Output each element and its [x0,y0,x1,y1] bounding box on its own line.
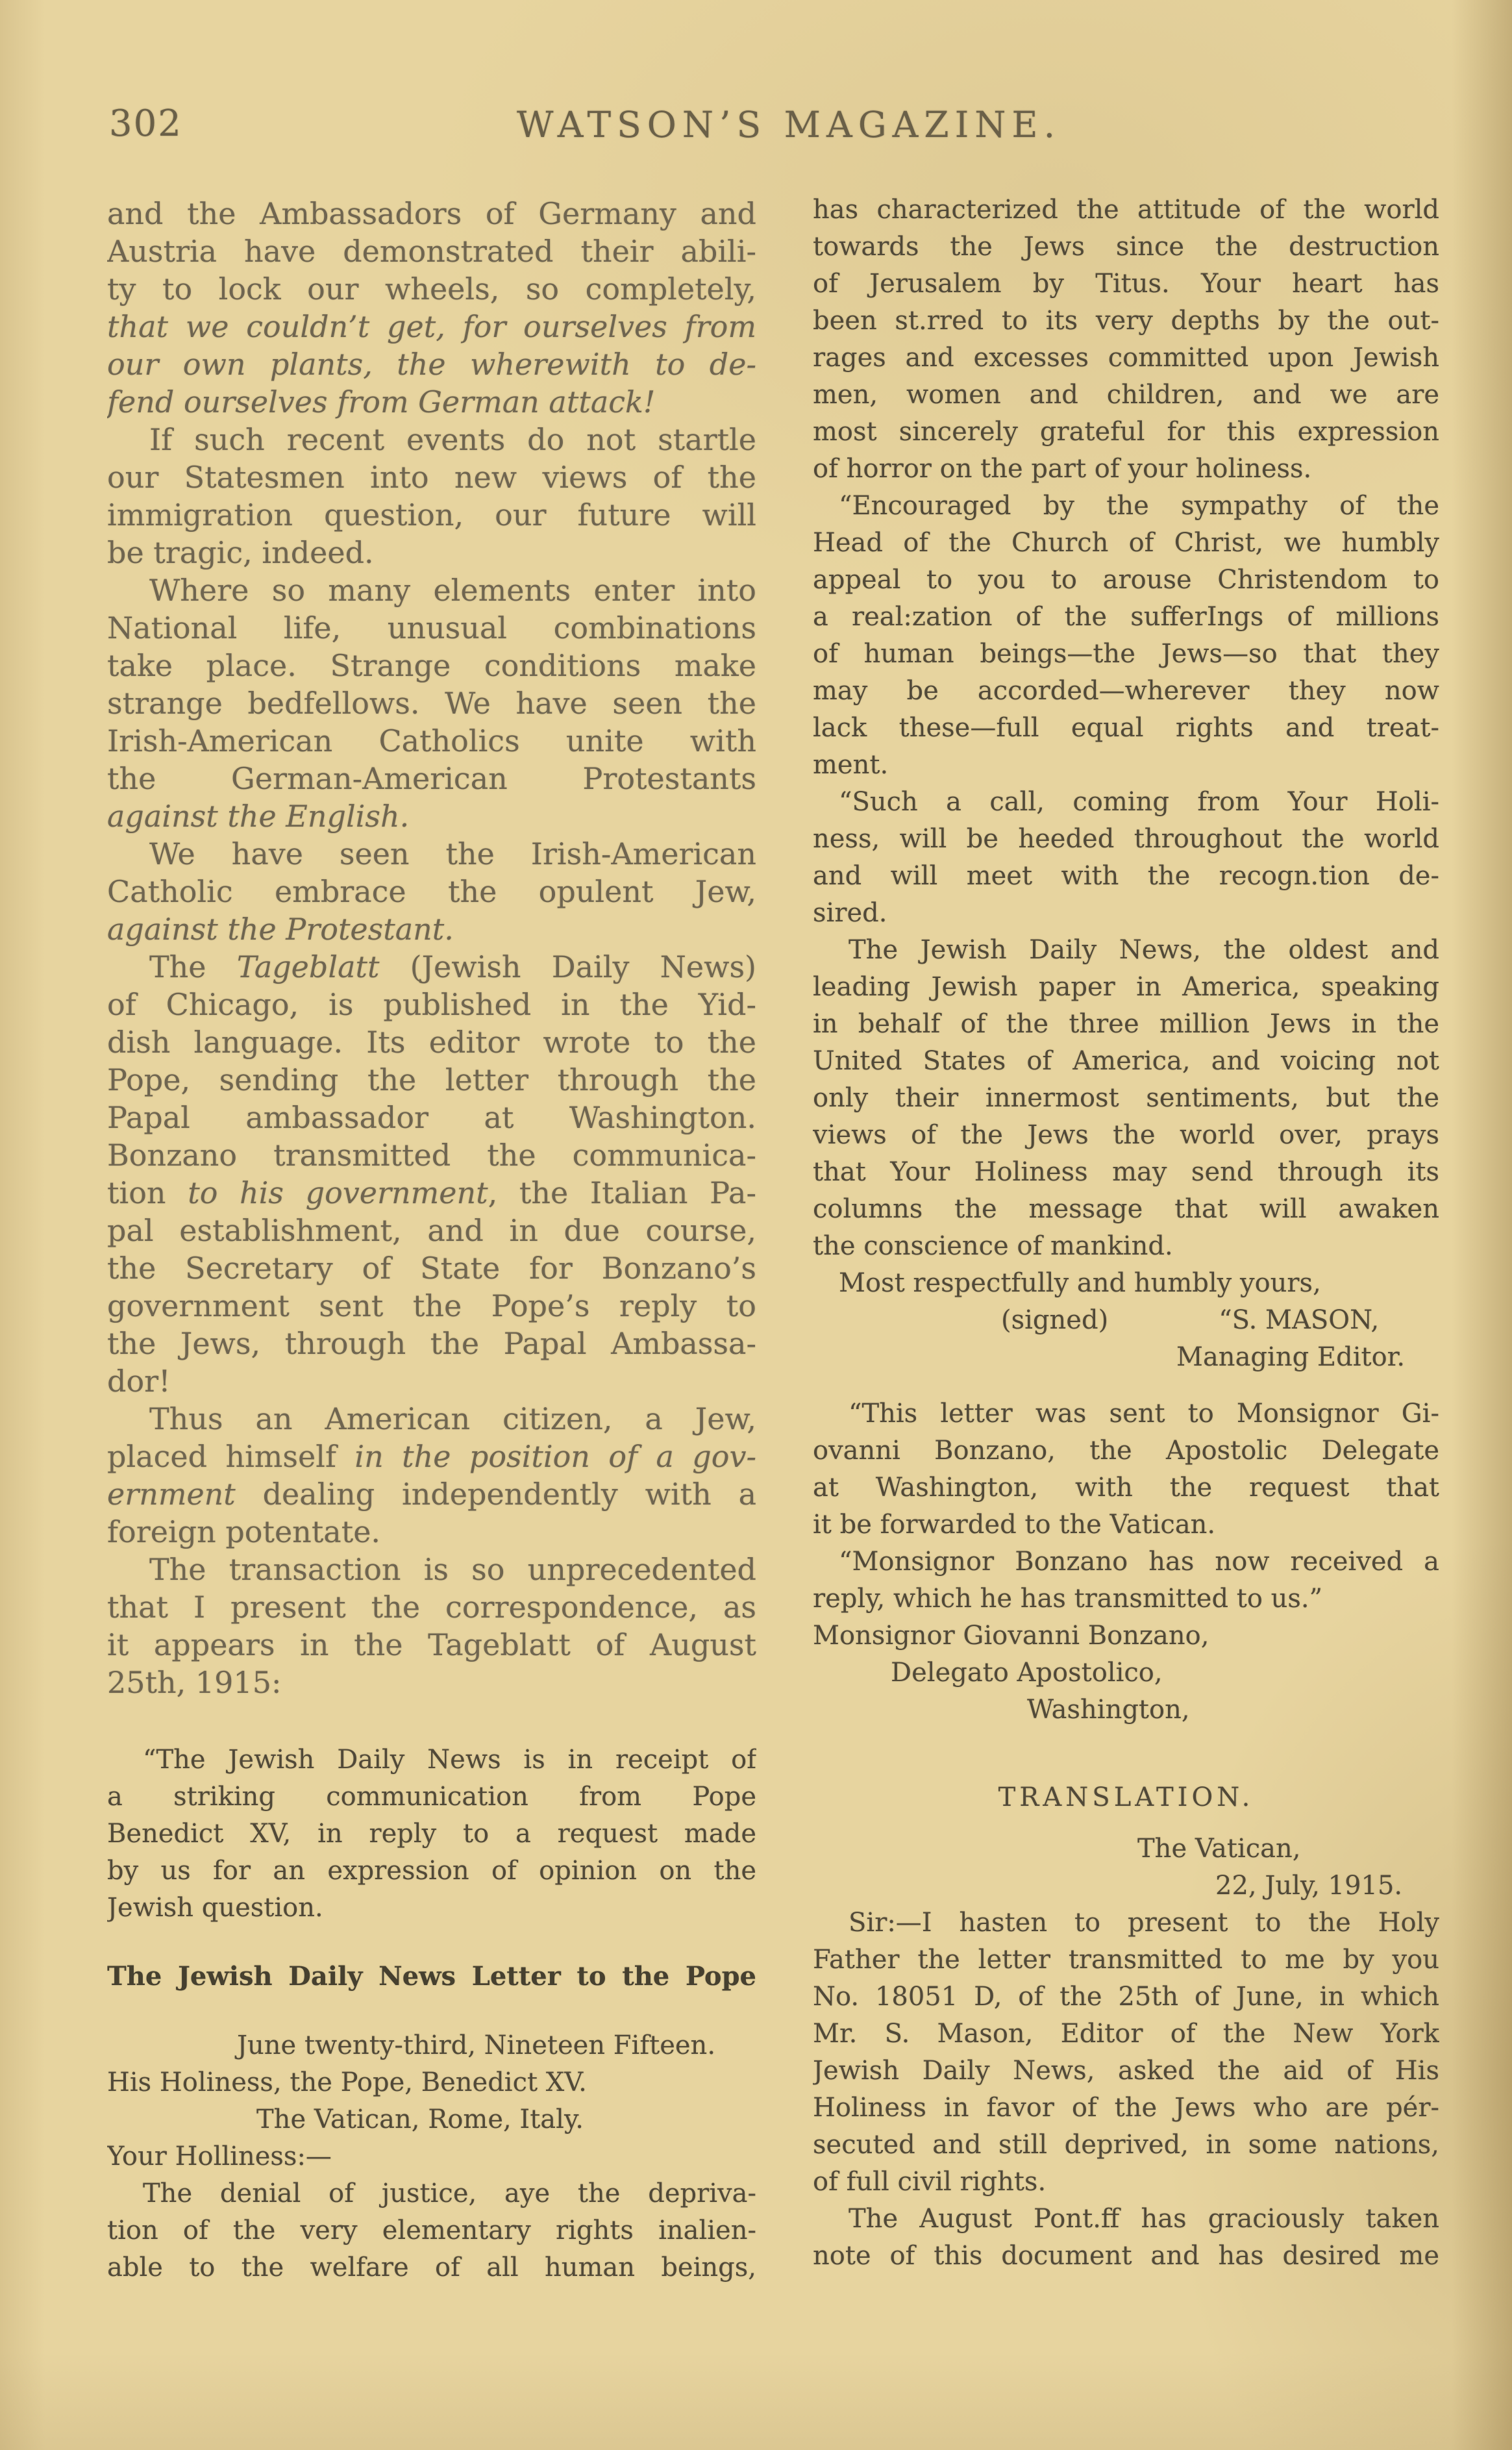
text-segment: Catholic embrace the opulent Jew, [107,874,756,909]
text-segment: has characterized the attitude of the wo… [813,195,1439,225]
text-line: in behalf of the three million Jews in t… [813,1006,1439,1043]
text-line: Benedict XV, in reply to a request made [107,1816,756,1853]
text-line: Delegato Apostolico, [813,1655,1439,1692]
text-line: Holiness in favor of the Jews who are pé… [813,2090,1439,2127]
paragraph-block: TRANSLATION. [813,1779,1439,1816]
text-segment: (signed) [1001,1305,1108,1335]
text-line: fend ourselves from German attack! [107,383,756,421]
text-segment: ment. [813,750,888,780]
text-segment: and will meet with the recogn.tion de- [813,861,1439,891]
text-segment: “S. MASON, [1219,1305,1379,1335]
text-segment: the Jews, through the Papal Ambassa- [107,1326,756,1361]
paragraph-block: Where so many elements enter intoNationa… [107,571,756,835]
magazine-page: 302 WATSON’S MAGAZINE. and the Ambassado… [0,0,1512,2450]
text-segment: Monsignor Giovanni Bonzano, [813,1621,1209,1651]
text-line: Sir:—I hasten to present to the Holy [813,1905,1439,1942]
text-line: and the Ambassadors of Germany and [107,195,756,232]
text-line: appeal to you to arouse Christendom to [813,562,1439,599]
paragraph-block: has characterized the attitude of the wo… [813,192,1439,488]
text-segment: sired. [813,898,887,928]
text-line: The Vatican, [813,1831,1439,1868]
text-line: Irish-American Catholics unite with [107,722,756,760]
paragraph-block: The Jewish Daily News Letter to the Pope [107,1958,756,1995]
text-segment: If such recent events do not startle [149,422,756,457]
text-segment: that Your Holiness may send through its [813,1157,1439,1187]
paragraph-block: “The Jewish Daily News is in receipt ofa… [107,1742,756,1927]
text-segment: His Holiness, the Pope, Benedict XV. [107,2068,587,2097]
text-segment: tion [107,1175,188,1210]
text-line: our Statesmen into new views of the [107,458,756,496]
text-line: that we couldn’t get, for ourselves from [107,308,756,345]
text-segment: Irish-American Catholics unite with [107,723,756,758]
text-line: against the English. [107,797,756,835]
text-line: views of the Jews the world over, prays [813,1117,1439,1154]
paragraph-block: Sir:—I hasten to present to the HolyFath… [813,1905,1439,2201]
text-line: The Tageblatt (Jewish Daily News) [107,948,756,986]
text-line: ty to lock our wheels, so completely, [107,270,756,308]
text-line: the German-American Protestants [107,760,756,797]
text-line: TRANSLATION. [813,1779,1439,1816]
text-segment: against the English. [107,799,409,834]
text-segment: against the Protestant. [107,912,454,947]
text-segment: ty to lock our wheels, so completely, [107,271,756,306]
text-segment: at Washington, with the request that [813,1473,1439,1503]
text-line: The transaction is so unprecedented [107,1551,756,1588]
text-line: tion to his government, the Italian Pa- [107,1174,756,1212]
text-line: that I present the correspondence, as [107,1588,756,1626]
text-segment: The Vatican, [1137,1834,1300,1864]
text-line: No. 18051 D, of the 25th of June, in whi… [813,1979,1439,2016]
text-segment: it appears in the Tageblatt of August [107,1627,756,1662]
text-line: Pope, sending the letter through the [107,1061,756,1099]
text-segment: “Such a call, coming from Your Holi- [839,787,1439,817]
text-segment: towards the Jews since the destruction [813,232,1439,262]
text-segment: of Chicago, is published in the Yid- [107,987,756,1022]
text-segment: The Jewish Daily News, the oldest and [849,935,1439,965]
text-line: be tragic, indeed. [107,534,756,571]
text-segment: it be forwarded to the Vatican. [813,1510,1215,1540]
text-segment: No. 18051 D, of the 25th of June, in whi… [813,1982,1439,2012]
text-line: and will meet with the recogn.tion de- [813,858,1439,895]
text-segment: Your Holliness:— [107,2142,332,2171]
text-line: “Such a call, coming from Your Holi- [813,784,1439,821]
text-line: strange bedfellows. We have seen the [107,684,756,722]
text-line: immigration question, our future will [107,496,756,534]
paragraph-block: The Vatican,22, July, 1915. [813,1831,1439,1905]
paragraph-block: The transaction is so unprecedentedthat … [107,1551,756,1701]
text-line: 22, July, 1915. [813,1868,1439,1905]
text-segment: Bonzano transmitted the communica- [107,1138,756,1173]
text-segment: The August Pont.ff has graciously taken [849,2204,1439,2234]
text-segment: June twenty-third, Nineteen Fifteen. [237,2031,715,2060]
text-line: the Jews, through the Papal Ambassa- [107,1325,756,1362]
text-line: been st.rred to its very depths by the o… [813,303,1439,340]
paragraph-block: The August Pont.ff has graciously takenn… [813,2201,1439,2275]
text-segment: Pope, sending the letter through the [107,1062,756,1097]
text-line: His Holiness, the Pope, Benedict XV. [107,2064,756,2101]
text-line: columns the message that will awaken [813,1191,1439,1228]
text-segment: able to the welfare of all human beings, [107,2253,756,2282]
text-segment: that we couldn’t get, for ourselves from [107,309,756,344]
text-segment: views of the Jews the world over, prays [813,1120,1439,1150]
text-line: towards the Jews since the destruction [813,229,1439,266]
text-line: of Chicago, is published in the Yid- [107,986,756,1023]
text-line: that Your Holiness may send through its [813,1154,1439,1191]
text-segment: “The Jewish Daily News is in receipt of [143,1745,756,1775]
text-segment: (Jewish Daily News) [379,949,756,984]
text-segment: foreign potentate. [107,1514,380,1549]
text-line: The Jewish Daily News, the oldest and [813,932,1439,969]
text-line: it be forwarded to the Vatican. [813,1506,1439,1544]
text-segment: lack these—full equal rights and treat- [813,713,1439,743]
text-segment: immigration question, our future will [107,497,756,532]
text-line: (signed)“S. MASON, [813,1302,1439,1339]
text-line: Your Holliness:— [107,2138,756,2175]
text-segment: ovanni Bonzano, the Apostolic Delegate [813,1436,1439,1466]
text-segment: , the Italian Pa- [488,1175,756,1210]
text-segment: our own plants, the wherewith to de- [107,347,756,382]
text-segment: appeal to you to arouse Christendom to [813,565,1439,595]
text-segment: dealing independently with a [236,1477,756,1512]
text-line: The Vatican, Rome, Italy. [107,2101,756,2138]
text-line: Father the letter transmitted to me by y… [813,1942,1439,1979]
text-segment: Most respectfully and humbly yours, [839,1268,1321,1298]
text-segment: Austria have demonstrated their abili- [107,234,756,269]
text-segment: Washington, [1027,1695,1190,1725]
text-segment: be tragic, indeed. [107,535,374,570]
text-segment: fend ourselves from German attack! [107,384,655,419]
text-segment: Jewish Daily News, asked the aid of His [813,2056,1439,2086]
text-segment: in the position of a gov- [354,1439,756,1474]
text-line: has characterized the attitude of the wo… [813,192,1439,229]
text-line: pal establishment, and in due course, [107,1212,756,1249]
text-line: Mr. S. Mason, Editor of the New York [813,2016,1439,2053]
text-line: only their innermost sentiments, but the [813,1080,1439,1117]
text-line: rages and excesses committed upon Jewish [813,340,1439,377]
text-line: secuted and still deprived, in some nati… [813,2127,1439,2164]
text-line: against the Protestant. [107,910,756,948]
paragraph-block: “Encouraged by the sympathy of theHead o… [813,488,1439,784]
paragraph-block: We have seen the Irish-AmericanCatholic … [107,835,756,948]
text-line: able to the welfare of all human beings, [107,2249,756,2286]
text-line: most sincerely grateful for this express… [813,414,1439,451]
text-line: “Monsignor Bonzano has now received a [813,1544,1439,1581]
text-segment: “Monsignor Bonzano has now received a [839,1547,1439,1577]
text-segment: Managing Editor. [1176,1342,1405,1372]
paragraph-block: and the Ambassadors of Germany andAustri… [107,195,756,421]
text-line: National life, unusual combinations [107,609,756,647]
text-line: of human beings—the Jews—so that they [813,636,1439,673]
text-line: government sent the Pope’s reply to [107,1287,756,1325]
text-line: men, women and children, and we are [813,377,1439,414]
text-segment: placed himself [107,1439,354,1474]
paragraph-block: “Monsignor Bonzano has now received arep… [813,1544,1439,1618]
text-segment: The denial of justice, aye the depriva- [143,2179,756,2208]
left-column: and the Ambassadors of Germany andAustri… [107,195,756,2286]
text-segment: Benedict XV, in reply to a request made [107,1819,756,1849]
text-segment: that I present the correspondence, as [107,1590,756,1625]
paragraph-block: Thus an American citizen, a Jew,placed h… [107,1400,756,1551]
text-line: leading Jewish paper in America, speakin… [813,969,1439,1006]
text-segment: of full civil rights. [813,2167,1046,2197]
text-segment: of human beings—the Jews—so that they [813,639,1439,669]
text-line: “The Jewish Daily News is in receipt of [107,1742,756,1779]
text-segment: been st.rred to its very depths by the o… [813,306,1439,336]
text-line: Managing Editor. [813,1339,1439,1376]
text-line: tion of the very elementary rights inali… [107,2212,756,2249]
right-column: has characterized the attitude of the wo… [813,192,1439,2275]
text-segment: Where so many elements enter into [149,573,756,608]
paragraph-block: “This letter was sent to Monsignor Gi-ov… [813,1395,1439,1544]
text-segment: and the Ambassadors of Germany and [107,196,756,231]
text-line: June twenty-third, Nineteen Fifteen. [107,2027,756,2064]
text-line: Jewish question. [107,1890,756,1927]
text-line: by us for an expression of opinion on th… [107,1853,756,1890]
text-segment: Father the letter transmitted to me by y… [813,1945,1439,1975]
text-segment: 25th, 1915: [107,1665,281,1700]
text-segment: 22, July, 1915. [1215,1871,1402,1901]
text-segment: “Encouraged by the sympathy of the [839,491,1439,521]
text-line: Washington, [813,1692,1439,1729]
text-segment: of Jerusalem by Titus. Your heart has [813,269,1439,299]
text-segment: to his government [188,1175,488,1210]
text-segment: secuted and still deprived, in some nati… [813,2130,1439,2160]
text-line: 25th, 1915: [107,1664,756,1701]
text-segment: a striking communication from Pope [107,1782,756,1812]
text-line: Head of the Church of Christ, we humbly [813,525,1439,562]
text-segment: by us for an expression of opinion on th… [107,1856,756,1886]
text-segment: We have seen the Irish-American [149,836,756,871]
text-segment: Mr. S. Mason, Editor of the New York [813,2019,1439,2049]
text-line: a real:zation of the sufferIngs of milli… [813,599,1439,636]
text-line: a striking communication from Pope [107,1779,756,1816]
text-line: ovanni Bonzano, the Apostolic Delegate [813,1432,1439,1469]
text-line: it appears in the Tageblatt of August [107,1626,756,1664]
text-line: Monsignor Giovanni Bonzano, [813,1618,1439,1655]
text-segment: men, women and children, and we are [813,380,1439,410]
text-line: The denial of justice, aye the depriva- [107,2175,756,2212]
text-line: the conscience of mankind. [813,1228,1439,1265]
text-line: Bonzano transmitted the communica- [107,1136,756,1174]
text-segment: Holiness in favor of the Jews who are pé… [813,2093,1439,2123]
text-segment: our Statesmen into new views of the [107,460,756,495]
text-segment: National life, unusual combinations [107,610,756,645]
text-line: If such recent events do not startle [107,421,756,458]
paragraph-block: The Tageblatt (Jewish Daily News)of Chic… [107,948,756,1400]
text-segment: take place. Strange conditions make [107,648,756,683]
text-segment: most sincerely grateful for this express… [813,417,1439,447]
text-segment: Delegato Apostolico, [891,1658,1163,1688]
text-segment: strange bedfellows. We have seen the [107,686,756,721]
text-segment: the Secretary of State for Bonzano’s [107,1251,756,1286]
text-segment: may be accorded—wherever they now [813,676,1439,706]
paragraph-block: June twenty-third, Nineteen Fifteen.His … [107,2027,756,2286]
text-line: We have seen the Irish-American [107,835,756,873]
paragraph-block: Most respectfully and humbly yours,(sign… [813,1265,1439,1376]
text-line: Papal ambassador at Washington. [107,1099,756,1136]
text-line: Catholic embrace the opulent Jew, [107,873,756,910]
magazine-title: WATSON’S MAGAZINE. [0,104,1512,145]
text-line: of full civil rights. [813,2164,1439,2201]
text-line: Austria have demonstrated their abili- [107,232,756,270]
text-segment: dor! [107,1364,171,1399]
text-line: “Encouraged by the sympathy of the [813,488,1439,525]
text-segment: Tageblatt [237,949,380,984]
text-line: of horror on the part of your holiness. [813,451,1439,488]
text-line: placed himself in the position of a gov- [107,1438,756,1475]
text-segment: The [149,949,237,984]
text-line: United States of America, and voicing no… [813,1043,1439,1080]
text-line: “This letter was sent to Monsignor Gi- [813,1395,1439,1432]
text-line: ment. [813,747,1439,784]
text-line: our own plants, the wherewith to de- [107,345,756,383]
text-line: of Jerusalem by Titus. Your heart has [813,266,1439,303]
text-segment: “This letter was sent to Monsignor Gi- [849,1399,1439,1429]
text-segment: Sir:—I hasten to present to the Holy [849,1908,1439,1938]
text-line: The Jewish Daily News Letter to the Pope [107,1958,756,1995]
paragraph-block: “Such a call, coming from Your Holi-ness… [813,784,1439,932]
text-segment: tion of the very elementary rights inali… [107,2216,756,2245]
text-segment: only their innermost sentiments, but the [813,1083,1439,1113]
text-segment: a real:zation of the sufferIngs of milli… [813,602,1439,632]
text-segment: columns the message that will awaken [813,1194,1439,1224]
text-line: note of this document and has desired me [813,2238,1439,2275]
text-line: Thus an American citizen, a Jew, [107,1400,756,1438]
text-segment: government sent the Pope’s reply to [107,1288,756,1323]
paragraph-block: The Jewish Daily News, the oldest andlea… [813,932,1439,1265]
text-segment: ernment [107,1477,236,1512]
text-segment: rages and excesses committed upon Jewish [813,343,1439,373]
text-segment: note of this document and has desired me [813,2241,1439,2271]
text-segment: Head of the Church of Christ, we humbly [813,528,1439,558]
text-line: the Secretary of State for Bonzano’s [107,1249,756,1287]
text-segment: the conscience of mankind. [813,1231,1173,1261]
paragraph-block: If such recent events do not startleour … [107,421,756,571]
text-segment: ness, will be heeded throughout the worl… [813,824,1439,854]
text-segment: United States of America, and voicing no… [813,1046,1439,1076]
text-segment: Jewish question. [107,1893,323,1923]
text-line: dor! [107,1362,756,1400]
text-segment: dish language. Its editor wrote to the [107,1025,756,1060]
text-segment: Papal ambassador at Washington. [107,1100,756,1135]
text-line: sired. [813,895,1439,932]
text-line: at Washington, with the request that [813,1469,1439,1506]
text-segment: pal establishment, and in due course, [107,1213,756,1248]
text-line: may be accorded—wherever they now [813,673,1439,710]
text-line: ernment dealing independently with a [107,1475,756,1513]
text-line: Jewish Daily News, asked the aid of His [813,2053,1439,2090]
text-segment: leading Jewish paper in America, speakin… [813,972,1439,1002]
text-line: lack these—full equal rights and treat- [813,710,1439,747]
text-line: take place. Strange conditions make [107,647,756,684]
text-segment: in behalf of the three million Jews in t… [813,1009,1439,1039]
text-segment: the German-American Protestants [107,761,756,796]
text-segment: The transaction is so unprecedented [149,1552,756,1587]
text-segment: reply, which he has transmitted to us.” [813,1584,1322,1614]
text-segment: Thus an American citizen, a Jew, [149,1401,756,1436]
text-line: foreign potentate. [107,1513,756,1551]
text-line: reply, which he has transmitted to us.” [813,1581,1439,1618]
text-line: dish language. Its editor wrote to the [107,1023,756,1061]
text-segment: of horror on the part of your holiness. [813,454,1311,484]
text-segment: The Jewish Daily News Letter to the Pope [107,1961,756,1992]
paragraph-block: Monsignor Giovanni Bonzano,Delegato Apos… [813,1618,1439,1729]
text-segment: The Vatican, Rome, Italy. [256,2105,584,2134]
text-line: The August Pont.ff has graciously taken [813,2201,1439,2238]
text-line: ness, will be heeded throughout the worl… [813,821,1439,858]
text-line: Where so many elements enter into [107,571,756,609]
text-segment: TRANSLATION. [998,1782,1254,1812]
text-line: Most respectfully and humbly yours, [813,1265,1439,1302]
